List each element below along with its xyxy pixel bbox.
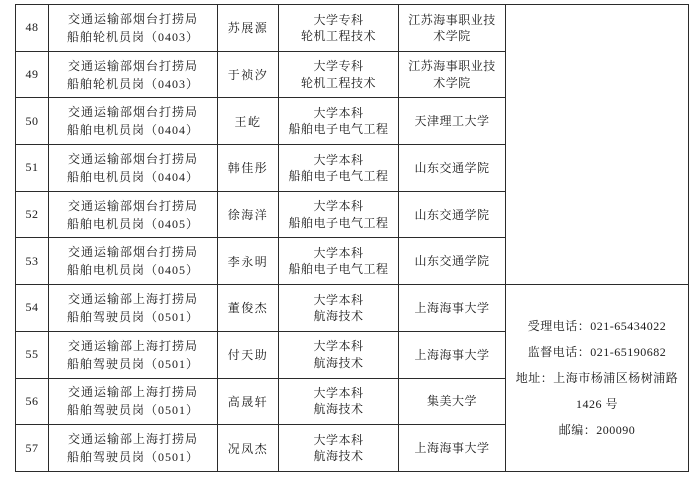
school-cell: 上海海事大学: [399, 425, 506, 472]
seq-cell: 49: [16, 51, 49, 98]
position-cell: 交通运输部上海打捞局 船舶驾驶员岗（0501）: [49, 425, 218, 472]
table-body: 48交通运输部烟台打捞局 船舶轮机员岗（0403）苏展源大学专科 轮机工程技术江…: [16, 5, 689, 472]
education-cell: 大学本科 航海技术: [279, 425, 399, 472]
name-cell: 付天助: [218, 331, 279, 378]
contact-line: 1426 号: [506, 397, 688, 412]
seq-cell: 52: [16, 191, 49, 238]
position-cell: 交通运输部烟台打捞局 船舶电机员岗（0405）: [49, 238, 218, 285]
education-cell: 大学本科 航海技术: [279, 285, 399, 332]
seq-cell: 53: [16, 238, 49, 285]
seq-cell: 51: [16, 145, 49, 192]
name-cell: 徐海洋: [218, 191, 279, 238]
education-cell: 大学本科 船舶电子电气工程: [279, 191, 399, 238]
school-cell: 山东交通学院: [399, 238, 506, 285]
position-cell: 交通运输部烟台打捞局 船舶轮机员岗（0403）: [49, 5, 218, 52]
position-cell: 交通运输部上海打捞局 船舶驾驶员岗（0501）: [49, 378, 218, 425]
seq-cell: 56: [16, 378, 49, 425]
seq-cell: 54: [16, 285, 49, 332]
seq-cell: 55: [16, 331, 49, 378]
name-cell: 于祯汐: [218, 51, 279, 98]
school-cell: 山东交通学院: [399, 191, 506, 238]
table-row: 54交通运输部上海打捞局 船舶驾驶员岗（0501）董俊杰大学本科 航海技术上海海…: [16, 285, 689, 332]
name-cell: 董俊杰: [218, 285, 279, 332]
name-cell: 王屹: [218, 98, 279, 145]
education-cell: 大学本科 航海技术: [279, 331, 399, 378]
seq-cell: 48: [16, 5, 49, 52]
contact-info-cell: 受理电话：021-65434022监督电话：021-65190682地址：上海市…: [506, 285, 689, 472]
school-cell: 江苏海事职业技 术学院: [399, 5, 506, 52]
seq-cell: 57: [16, 425, 49, 472]
recruitment-candidate-table: 48交通运输部烟台打捞局 船舶轮机员岗（0403）苏展源大学专科 轮机工程技术江…: [15, 4, 689, 472]
school-cell: 江苏海事职业技 术学院: [399, 51, 506, 98]
education-cell: 大学专科 轮机工程技术: [279, 5, 399, 52]
school-cell: 上海海事大学: [399, 285, 506, 332]
name-cell: 况凤杰: [218, 425, 279, 472]
education-cell: 大学本科 船舶电子电气工程: [279, 238, 399, 285]
contact-line: 地址：上海市杨浦区杨树浦路: [506, 371, 688, 386]
name-cell: 韩佳彤: [218, 145, 279, 192]
position-cell: 交通运输部烟台打捞局 船舶电机员岗（0405）: [49, 191, 218, 238]
education-cell: 大学本科 船舶电子电气工程: [279, 98, 399, 145]
seq-cell: 50: [16, 98, 49, 145]
position-cell: 交通运输部烟台打捞局 船舶电机员岗（0404）: [49, 98, 218, 145]
position-cell: 交通运输部烟台打捞局 船舶轮机员岗（0403）: [49, 51, 218, 98]
position-cell: 交通运输部上海打捞局 船舶驾驶员岗（0501）: [49, 331, 218, 378]
school-cell: 集美大学: [399, 378, 506, 425]
position-cell: 交通运输部烟台打捞局 船舶电机员岗（0404）: [49, 145, 218, 192]
contact-line: 受理电话：021-65434022: [506, 319, 688, 334]
education-cell: 大学专科 轮机工程技术: [279, 51, 399, 98]
name-cell: 高晟轩: [218, 378, 279, 425]
contact-empty-cell: [506, 5, 689, 285]
education-cell: 大学本科 航海技术: [279, 378, 399, 425]
contact-line: 邮编：200090: [506, 423, 688, 438]
position-cell: 交通运输部上海打捞局 船舶驾驶员岗（0501）: [49, 285, 218, 332]
name-cell: 苏展源: [218, 5, 279, 52]
school-cell: 山东交通学院: [399, 145, 506, 192]
education-cell: 大学本科 船舶电子电气工程: [279, 145, 399, 192]
table-row: 48交通运输部烟台打捞局 船舶轮机员岗（0403）苏展源大学专科 轮机工程技术江…: [16, 5, 689, 52]
school-cell: 上海海事大学: [399, 331, 506, 378]
name-cell: 李永明: [218, 238, 279, 285]
school-cell: 天津理工大学: [399, 98, 506, 145]
contact-line: 监督电话：021-65190682: [506, 345, 688, 360]
